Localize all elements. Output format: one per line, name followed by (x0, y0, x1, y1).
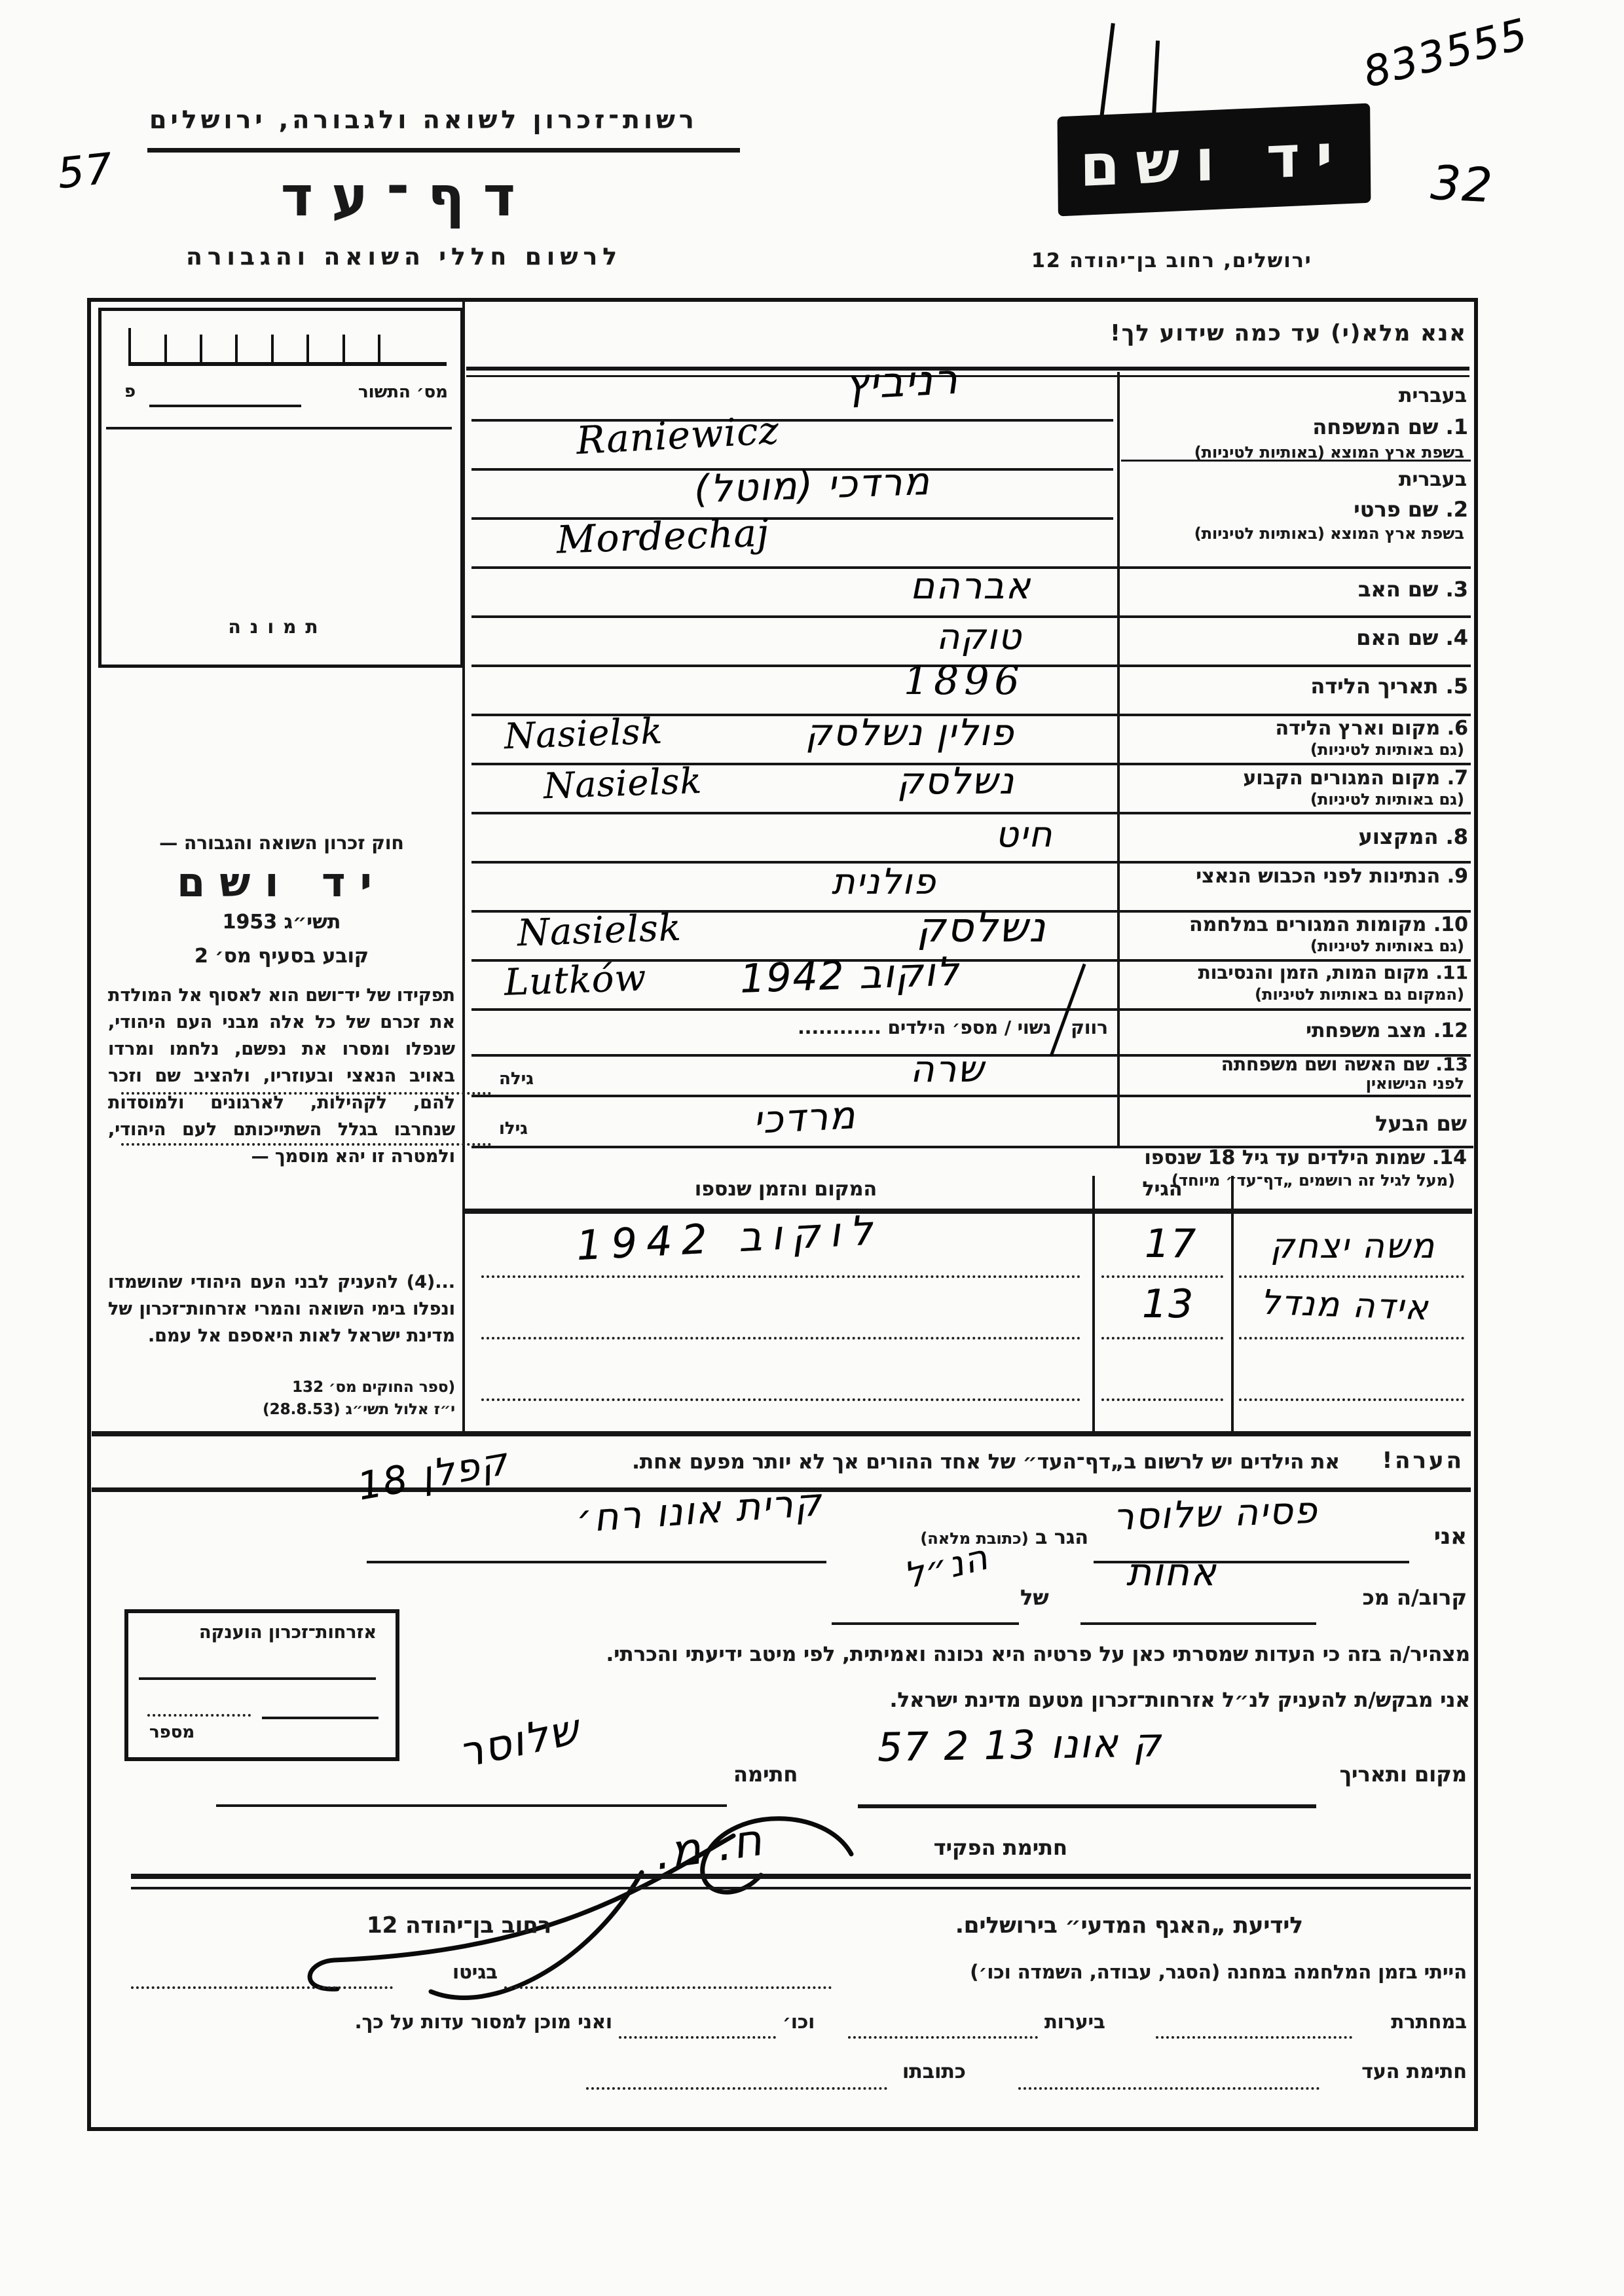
table-row-line (1239, 1337, 1464, 1339)
sign-place-date-label: מקום ותאריך (1340, 1762, 1467, 1787)
sign-clerk-label: חתימת הפקיד (871, 1836, 1067, 1860)
value-residence-hebrew: נשלסק (897, 763, 1015, 800)
sign-date-line (858, 1804, 1316, 1808)
decl-statement: מצהיר/ה בזה כי העדות שמסרתי כאן על פרטיה… (432, 1643, 1470, 1667)
value-mother-name: טוקה (936, 619, 1022, 655)
label-profession: 8. המקצוע (1359, 825, 1468, 849)
table-row-line (1101, 1337, 1223, 1339)
footer-double-rule-a (131, 1874, 1471, 1879)
child-age: 17 (1145, 1224, 1197, 1264)
footer-ready-statement: ואני מוכן למסור עדות על כך. (154, 2011, 612, 2033)
handwritten-number-32: 32 (1430, 159, 1494, 210)
footer-blank-line (586, 2087, 887, 2090)
serial-label: מס׳ התשור (303, 383, 448, 403)
law-text: תפקידו של יד־ושם הוא לאסוף אל המולדת את … (108, 982, 455, 1170)
decl-line (367, 1561, 826, 1563)
child-name: משה יצחק (1270, 1230, 1435, 1264)
decl-of-label: של (1020, 1586, 1049, 1610)
handwritten-number-57: 57 (56, 148, 116, 196)
footer-camp-label: הייתי בזמן המלחמה במחנה (הסגר, עבודה, הש… (970, 1961, 1467, 1983)
serial-line (149, 405, 301, 407)
label-first-name: 2. שם פרטי (1354, 498, 1468, 522)
grant-box-line (139, 1677, 376, 1680)
value-residence-latin: Nasielsk (543, 763, 703, 804)
label-her-age: גילה (499, 1070, 534, 1089)
law-text-2: ‏...(4) להעניק לבני העם היהודי שהושמדו ו… (108, 1269, 455, 1349)
value-war-residence-hebrew: נשלסק (917, 907, 1046, 948)
value-war-residence-latin: Nasielsk (517, 910, 682, 953)
sign-place-date: ק אונו 13 2 57 (877, 1723, 1163, 1768)
grant-box-short-line (262, 1717, 378, 1719)
sign-signature-label: חתימה (733, 1762, 798, 1787)
footer-blank-line (1018, 2087, 1319, 2090)
label-birth-date: 5. תאריך הלידה (1310, 674, 1468, 699)
value-father-name: אברהם (910, 568, 1031, 605)
label-birth-place-sub: (גם באותיות לטיניות) (1310, 741, 1464, 759)
footer-double-rule-b (131, 1887, 1471, 1889)
label-column-divider (1117, 372, 1120, 1146)
label-his-age: גילו (499, 1120, 528, 1139)
label-children: 14. שמות הילדים עד גיל 18 שנספו (1144, 1147, 1467, 1170)
label-war-residence-sub: (גם באותיות לטיניות) (1310, 938, 1464, 956)
table-top-rule (465, 1209, 1472, 1214)
grant-number-dots (147, 1714, 251, 1717)
marital-options: רווק / נשוי / מספ׳ הילדים ............ (674, 1017, 1108, 1038)
footer-etc-label: וכו׳ (783, 2011, 815, 2033)
footer-witness-address-label: כתובתו (902, 2061, 966, 2084)
note-label: הערה! (1382, 1448, 1464, 1474)
label-birth-place: 6. מקום וארץ הלידה (1276, 718, 1468, 740)
children-col-place: המקום והזמן שנספו (622, 1178, 950, 1201)
photo-box-rule (106, 427, 452, 429)
double-rule-a (466, 367, 1469, 371)
checkbox-ruler (128, 325, 447, 366)
clerk-signature-flourish (275, 1795, 877, 2018)
handwritten-serial-number: 833555 (1359, 13, 1532, 94)
law-section: קובע בסעיף מס׳ 2 (105, 945, 458, 968)
pen-stroke (1099, 23, 1115, 118)
label-citizenship: 9. הנתינות לפני הכבוש הנאצי (1196, 866, 1468, 888)
field-line (471, 812, 1471, 814)
label-wife-name-sub: לפני הנישואין (1366, 1075, 1464, 1093)
field-line (471, 861, 1471, 864)
law-logo-text: יד ושם (105, 859, 458, 905)
label-death-place: 11. מקום המות, הזמן והנסיבות (1198, 962, 1468, 983)
label-residence: 7. מקום המגורים הקבוע (1243, 767, 1468, 790)
value-family-name-hebrew: רניביץ (843, 358, 959, 406)
photo-label: תמונה (193, 617, 363, 638)
label-in-hebrew-2: בעברית (1399, 469, 1467, 492)
value-birth-place-latin: Nasielsk (504, 714, 663, 754)
table-bottom-rule (92, 1431, 1471, 1436)
yad-vashem-logo: יד ושם (1058, 103, 1371, 217)
header-address: ירושלים, רחוב בן־יהודה 12 (1031, 250, 1312, 273)
footer-blank-line (504, 1986, 832, 1989)
footer-forests-label: ביערות (1044, 2011, 1105, 2033)
scanned-testimony-page: { "page": { "hw_serial": "833555", "hw_3… (0, 0, 1624, 2296)
label-husband-name: שם הבעל (1375, 1112, 1467, 1136)
decl-relation: אחות (1126, 1553, 1217, 1591)
law-title: חוק זכרון השואה והגבורה — (105, 833, 458, 854)
value-death-place-latin: Lutków (504, 960, 647, 1002)
field-line (471, 419, 1113, 422)
value-first-name-hebrew: מרדכי (מוטל) (693, 462, 931, 509)
label-mother: 4. שם האם (1356, 626, 1468, 650)
value-profession: חיט (995, 817, 1053, 852)
label-family-name: 1. שם המשפחה (1312, 415, 1468, 439)
decl-line (832, 1622, 1019, 1625)
value-family-name-latin: Raniewicz (576, 411, 781, 460)
footer-attention-address: רחוב בן־יהודה 12 (367, 1913, 551, 1939)
label-first-name-sub: בשפת ארץ המוצא (באותיות לטיניות) (1194, 525, 1464, 543)
footer-underground-label: במחתרת (1391, 2011, 1467, 2033)
footer-ghetto-label: בגיטו (403, 1961, 498, 1983)
field-line (471, 1095, 1471, 1097)
label-wife-name: 13. שם האשה ושם משפחתה (1221, 1054, 1468, 1075)
label-death-place-sub: (המקום גם באותיות לטיניות) (1255, 986, 1464, 1004)
label-in-hebrew-1: בעברית (1399, 385, 1467, 408)
table-row-line (481, 1275, 1080, 1278)
label-father: 3. שם האב (1358, 577, 1468, 602)
form-subtitle: לרשום חללי השואה והגבורה (210, 244, 622, 270)
children-col-age: הגיל (1107, 1178, 1218, 1201)
footer-blank-line (619, 2036, 776, 2039)
form-title: דף־עד (298, 165, 534, 228)
table-row-line (1101, 1275, 1223, 1278)
child-age: 13 (1142, 1285, 1194, 1324)
footer-blank-line (848, 2036, 1038, 2039)
law-reference: (ספר החוקים מס׳ 132 (108, 1379, 455, 1396)
table-row-line (1239, 1398, 1464, 1401)
footer-attention-text: לידיעת „האגף המדעי״ בירושלים. (955, 1913, 1303, 1939)
table-divider-name (1231, 1176, 1234, 1432)
decl-witness-name: פסיה שלוסר (1113, 1493, 1319, 1537)
intro-instruction: אנא מלא(י) עד כמה שידוע לך! (1110, 321, 1467, 346)
serial-mark: פ (124, 382, 136, 402)
table-row-line (1101, 1398, 1223, 1401)
decl-line (1080, 1622, 1316, 1625)
yad-vashem-logo-text: יד ושם (1079, 120, 1348, 200)
footer-witness-signature-label: חתימת העד (1361, 2061, 1467, 2084)
footer-blank-line (1156, 2036, 1352, 2039)
footer-attention: לידיעת „האגף המדעי״ בירושלים. רחוב בן־יה… (367, 1913, 1303, 1939)
label-residence-sub: (גם באותיות לטיניות) (1310, 791, 1464, 809)
label-family-name-sub: בשפת ארץ המוצא (באותיות לטיניות) (1194, 444, 1464, 462)
column-divider (462, 299, 465, 1432)
law-reference-2: י״ז אלול תשי״ג (28.8.53) (108, 1401, 455, 1418)
decl-request: אני מבקש/ת להעניק לנ״ל אזרחות־זכרון מטעם… (750, 1689, 1470, 1713)
table-row-line (481, 1337, 1080, 1339)
value-husband-name: מרדכי (752, 1096, 857, 1139)
value-wife-name: שרה (910, 1051, 985, 1088)
footer-blank-line (131, 1986, 393, 1989)
table-row-line (481, 1398, 1080, 1401)
law-year: תשי״ג 1953 (105, 911, 458, 934)
field-line (471, 1008, 1471, 1011)
value-birth-year: 1896 (904, 661, 1025, 701)
value-birth-place-hebrew: פולין נשלסק (805, 715, 1015, 752)
decl-relative-label: קרוב/ה מכ (1363, 1586, 1467, 1610)
grant-box-title: אזרחות־זכרון הוענקה (134, 1622, 377, 1643)
label-marital-status: 12. מצב משפחתי (1306, 1020, 1468, 1043)
value-death-place-hebrew: לוקוב 1942 (739, 952, 961, 999)
decl-i: אני (1434, 1524, 1467, 1550)
child-name: אידה מנדל (1260, 1286, 1430, 1326)
header-rule (147, 148, 740, 153)
table-divider-age (1092, 1176, 1095, 1432)
authority-name: רשות־זכרון לשואה ולגבורה, ירושלים (149, 106, 698, 135)
double-rule-b (466, 375, 1469, 377)
grant-number-label: מספר (149, 1723, 194, 1743)
value-citizenship: פולנית (832, 864, 936, 900)
label-war-residence: 10. מקומות המגורים במלחמה (1189, 914, 1468, 937)
value-first-name-latin: Mordechaj (556, 513, 770, 558)
pen-stroke (1152, 41, 1160, 118)
table-row-line (1239, 1275, 1464, 1278)
